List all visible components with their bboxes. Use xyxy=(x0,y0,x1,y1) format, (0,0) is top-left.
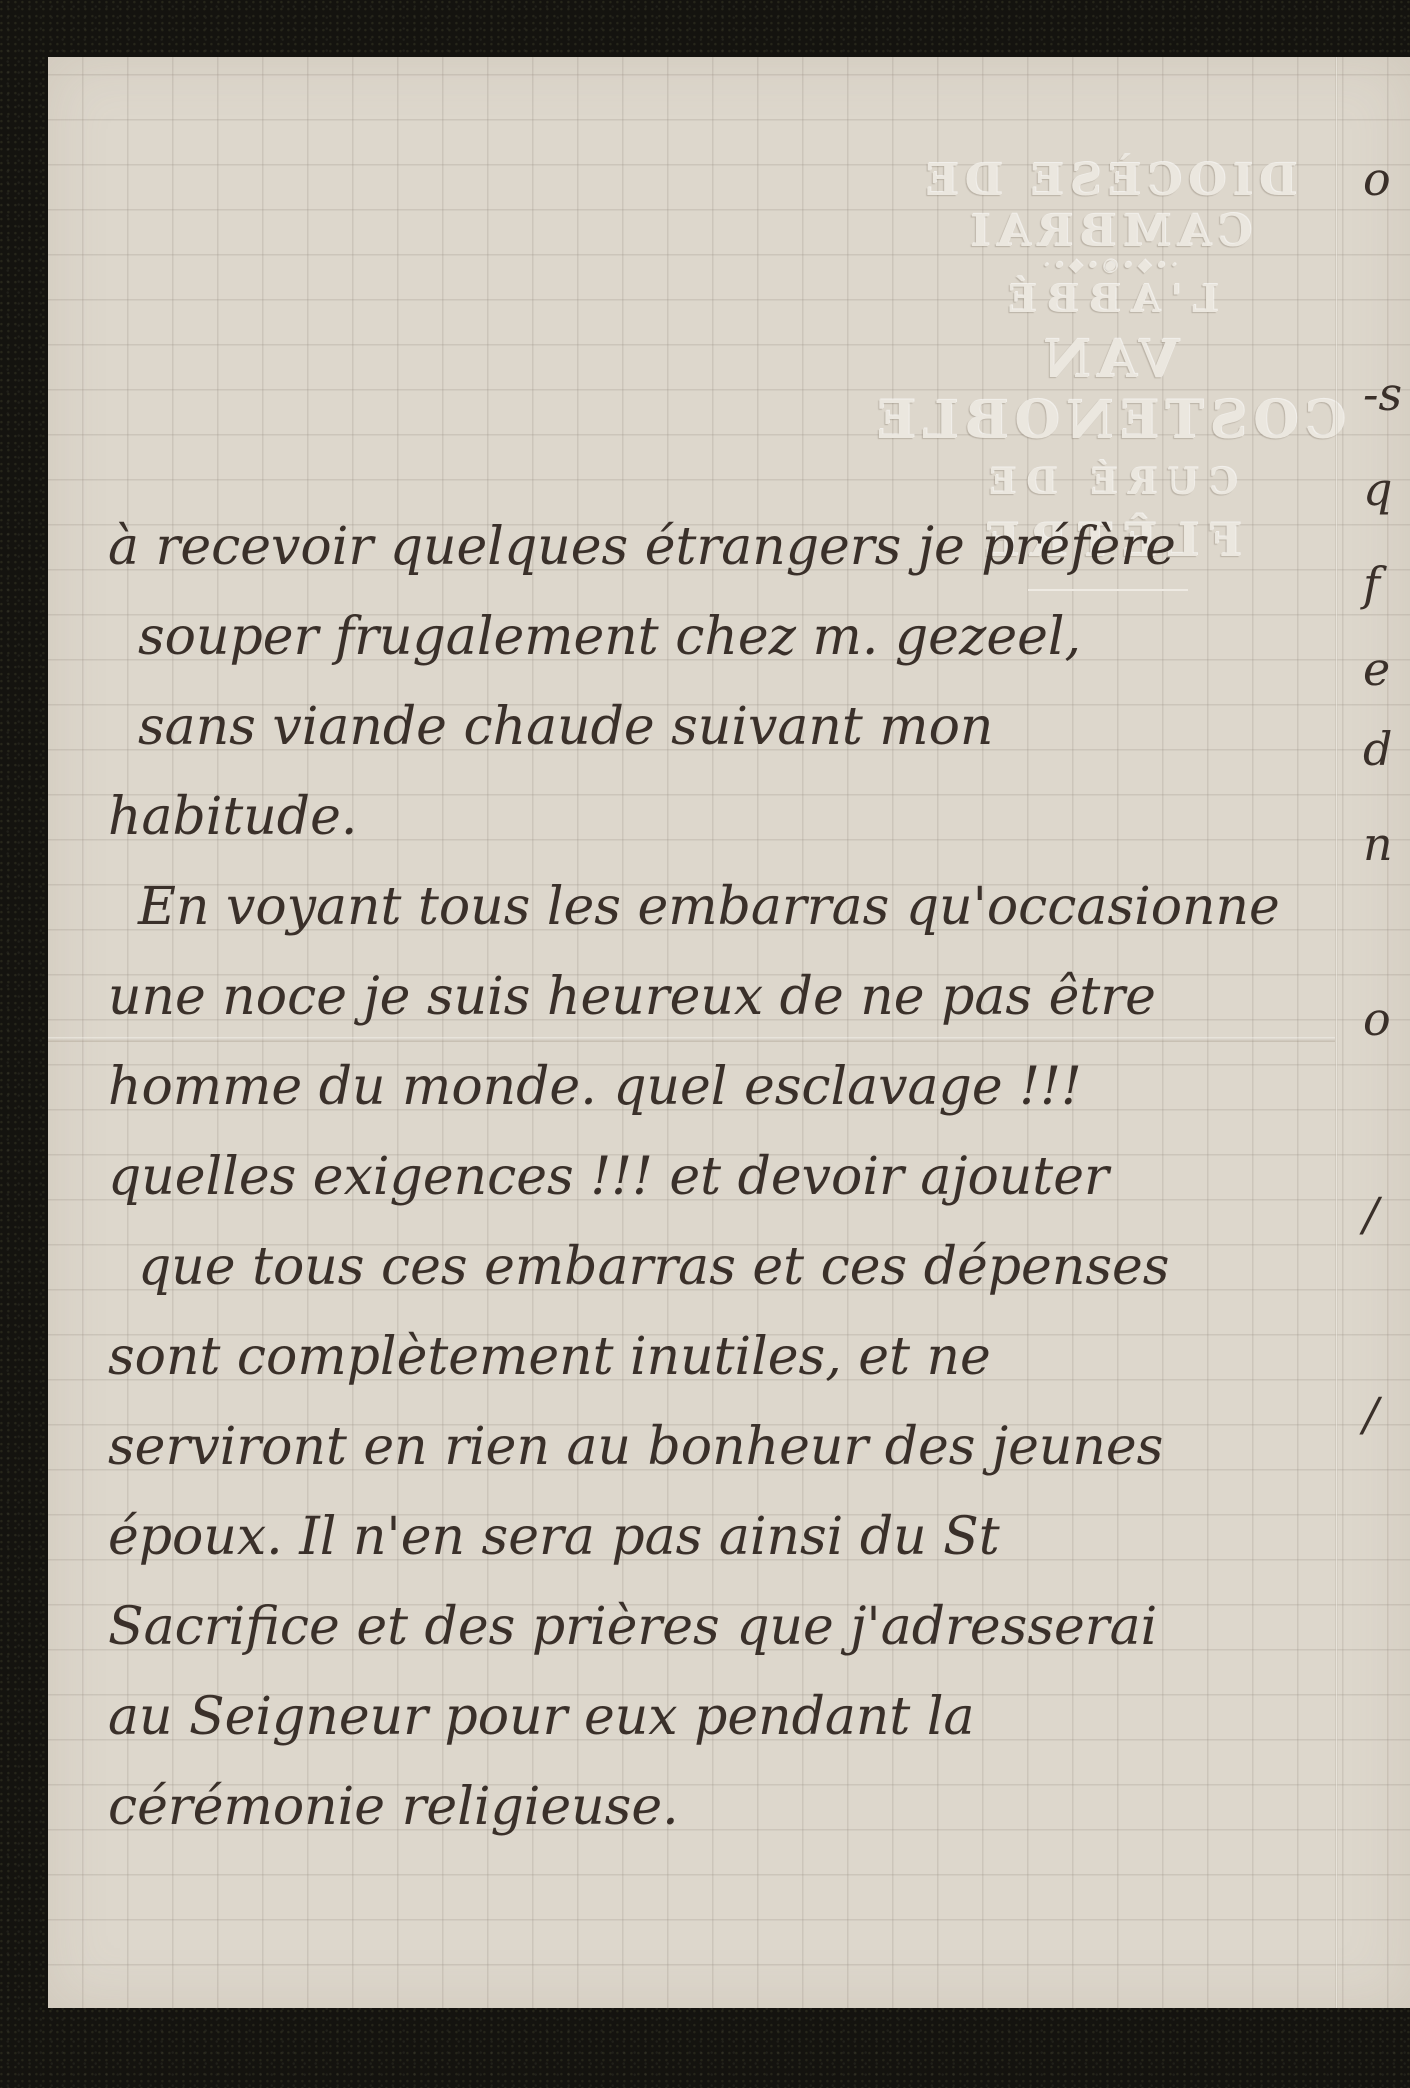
letter-line: à recevoir quelques étrangers je préfère xyxy=(108,502,1348,592)
letter-line: cérémonie religieuse. xyxy=(108,1762,1348,1852)
stamp-name: VAN COSTENOBLE xyxy=(828,329,1388,451)
next-page-fragment: / xyxy=(1363,1187,1379,1241)
letter-line: En voyant tous les embarras qu'occasionn… xyxy=(108,862,1348,952)
letter-line: habitude. xyxy=(108,772,1348,862)
letter-body: à recevoir quelques étrangers je préfère… xyxy=(108,502,1348,1852)
next-page-fragment: f xyxy=(1363,557,1380,611)
stamp-role: CURÉ DE xyxy=(828,461,1388,503)
letter-line: sans viande chaude suivant mon xyxy=(108,682,1348,772)
letter-line: sont complètement inutiles, et ne xyxy=(108,1312,1348,1402)
letter-line: serviront en rien au bonheur des jeunes xyxy=(108,1402,1348,1492)
next-page-fragment: -s xyxy=(1363,367,1402,421)
next-page-fragment: o xyxy=(1363,152,1391,206)
letter-line: époux. Il n'en sera pas ainsi du St xyxy=(108,1492,1348,1582)
next-page-fragment: / xyxy=(1363,1387,1379,1441)
next-page-fragment: o xyxy=(1363,992,1391,1046)
next-page-fragment: q xyxy=(1363,462,1392,516)
letter-page: DIOCÈSE DE CAMBRAI ·•◆•◉•◆•· L'ABBÉ VAN … xyxy=(48,57,1410,2008)
letter-line: que tous ces embarras et ces dépenses xyxy=(108,1222,1348,1312)
next-page-edge: o -s q f e d n o / / xyxy=(1343,57,1410,2008)
letter-line: une noce je suis heureux de ne pas être xyxy=(108,952,1348,1042)
letter-line: Sacrifice et des prières que j'adressera… xyxy=(108,1582,1348,1672)
letter-line: quelles exigences !!! et devoir ajouter xyxy=(108,1132,1348,1222)
next-page-fragment: e xyxy=(1363,642,1390,696)
letter-line: souper frugalement chez m. gezeel, xyxy=(108,592,1348,682)
letter-line: au Seigneur pour eux pendant la xyxy=(108,1672,1348,1762)
embossed-letterhead-stamp: DIOCÈSE DE CAMBRAI ·•◆•◉•◆•· L'ABBÉ VAN … xyxy=(828,147,1388,517)
letter-line: homme du monde. quel esclavage !!! xyxy=(108,1042,1348,1132)
stamp-ornament: ·•◆•◉•◆•· xyxy=(828,255,1388,276)
stamp-diocese: DIOCÈSE DE CAMBRAI xyxy=(828,155,1388,257)
next-page-fragment: d xyxy=(1363,722,1392,776)
stamp-title: L'ABBÉ xyxy=(828,276,1388,321)
next-page-fragment: n xyxy=(1363,817,1393,871)
